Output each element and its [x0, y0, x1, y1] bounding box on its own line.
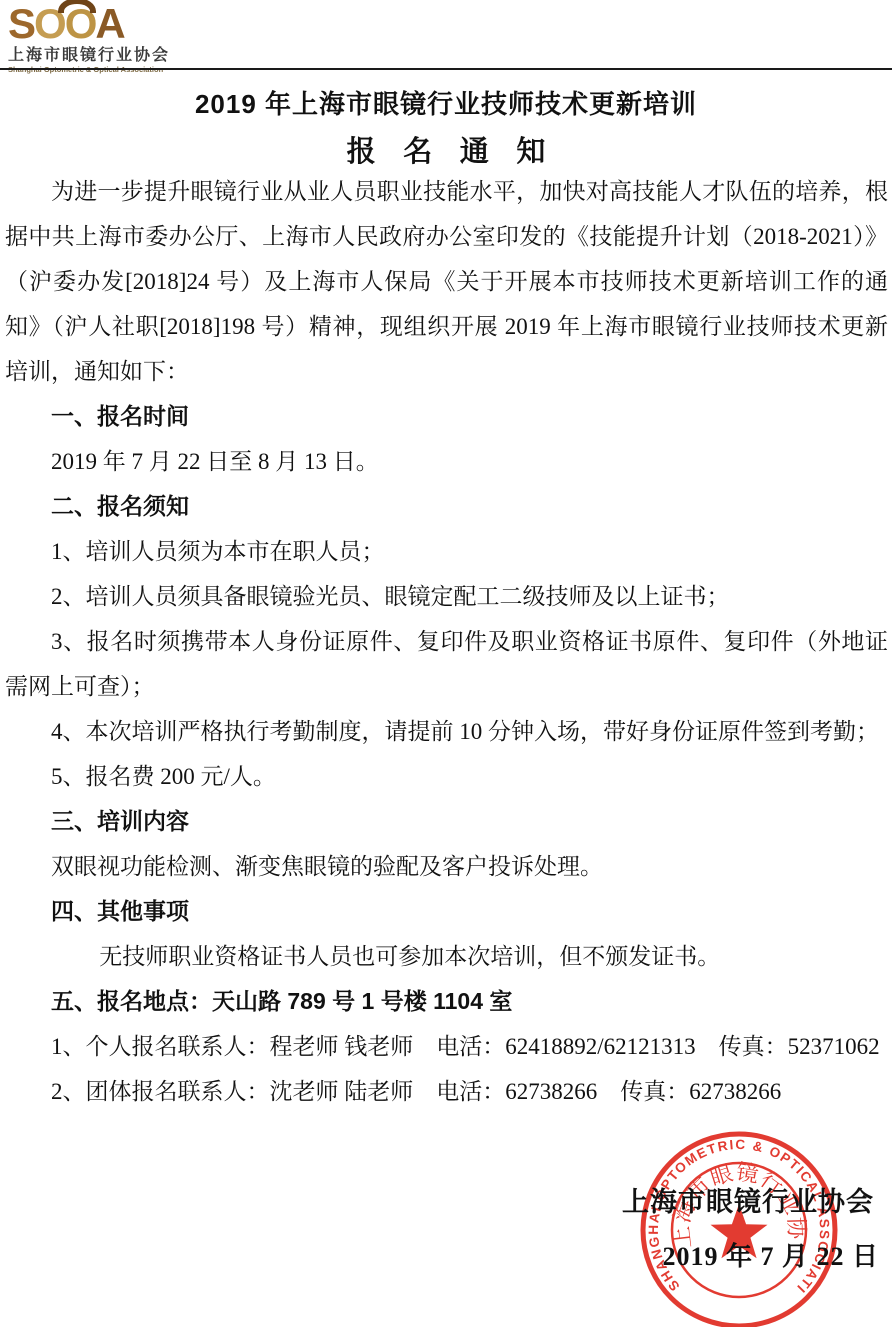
- logo-letter-a: A: [95, 0, 123, 47]
- section-1-dates: 2019 年 7 月 22 日至 8 月 13 日。: [5, 439, 888, 484]
- section-5-heading: 五、报名地点：天山路 789 号 1 号楼 1104 室: [5, 979, 888, 1024]
- section-4-heading: 四、其他事项: [5, 889, 888, 934]
- individual-contact-line: 1、个人报名联系人：程老师 钱老师 电活：62418892/62121313 传…: [5, 1024, 888, 1069]
- document-subtitle-text: 报名通知: [347, 136, 573, 168]
- section-3-heading: 三、培训内容: [5, 799, 888, 844]
- glasses-bridge-icon: [58, 0, 96, 13]
- official-seal-stamp: SHANGHAI OPTOMETRIC & OPTICAL ASSOCIATIO…: [636, 1122, 846, 1327]
- section-4-content: 无技师职业资格证书人员也可参加本次培训，但不颁发证书。: [5, 934, 888, 979]
- logo-wordmark: SOOA: [8, 2, 228, 46]
- section-2-item-3: 3、报名时须携带本人身份证原件、复印件及职业资格证书原件、复印件（外地证需网上可…: [5, 619, 888, 709]
- section-2-item-5: 5、报名费 200 元/人。: [5, 754, 888, 799]
- notice-document-page: SOOA 上海市眼镜行业协会 Shanghai Optometric & Opt…: [0, 0, 892, 1327]
- paragraph-intro: 为进一步提升眼镜行业从业人员职业技能水平，加快对高技能人才队伍的培养，根据中共上…: [5, 169, 888, 394]
- section-2-item-1: 1、培训人员须为本市在职人员；: [5, 529, 888, 574]
- section-2-item-2: 2、培训人员须具备眼镜验光员、眼镜定配工二级技师及以上证书；: [5, 574, 888, 619]
- document-subtitle: 报名通知: [0, 129, 892, 170]
- letterhead-divider: [0, 68, 892, 70]
- section-2-heading: 二、报名须知: [5, 484, 888, 529]
- document-title: 2019 年上海市眼镜行业技师技术更新培训: [0, 84, 892, 121]
- signature-date: 2019 年 7 月 22 日: [662, 1236, 879, 1273]
- section-2-item-4: 4、本次培训严格执行考勤制度，请提前 10 分钟入场，带好身份证原件签到考勤；: [5, 709, 888, 754]
- association-logo: SOOA 上海市眼镜行业协会 Shanghai Optometric & Opt…: [8, 2, 228, 74]
- section-3-content: 双眼视功能检测、渐变焦眼镜的验配及客户投诉处理。: [5, 844, 888, 889]
- signature-organization: 上海市眼镜行业协会: [622, 1180, 874, 1219]
- document-body: 为进一步提升眼镜行业从业人员职业技能水平，加快对高技能人才队伍的培养，根据中共上…: [5, 169, 888, 1114]
- group-contact-line: 2、团体报名联系人：沈老师 陆老师 电活：62738266 传真：6273826…: [5, 1069, 888, 1114]
- logo-letter-s: S: [8, 0, 34, 47]
- section-1-heading: 一、报名时间: [5, 394, 888, 439]
- logo-chinese-name: 上海市眼镜行业协会: [8, 47, 228, 65]
